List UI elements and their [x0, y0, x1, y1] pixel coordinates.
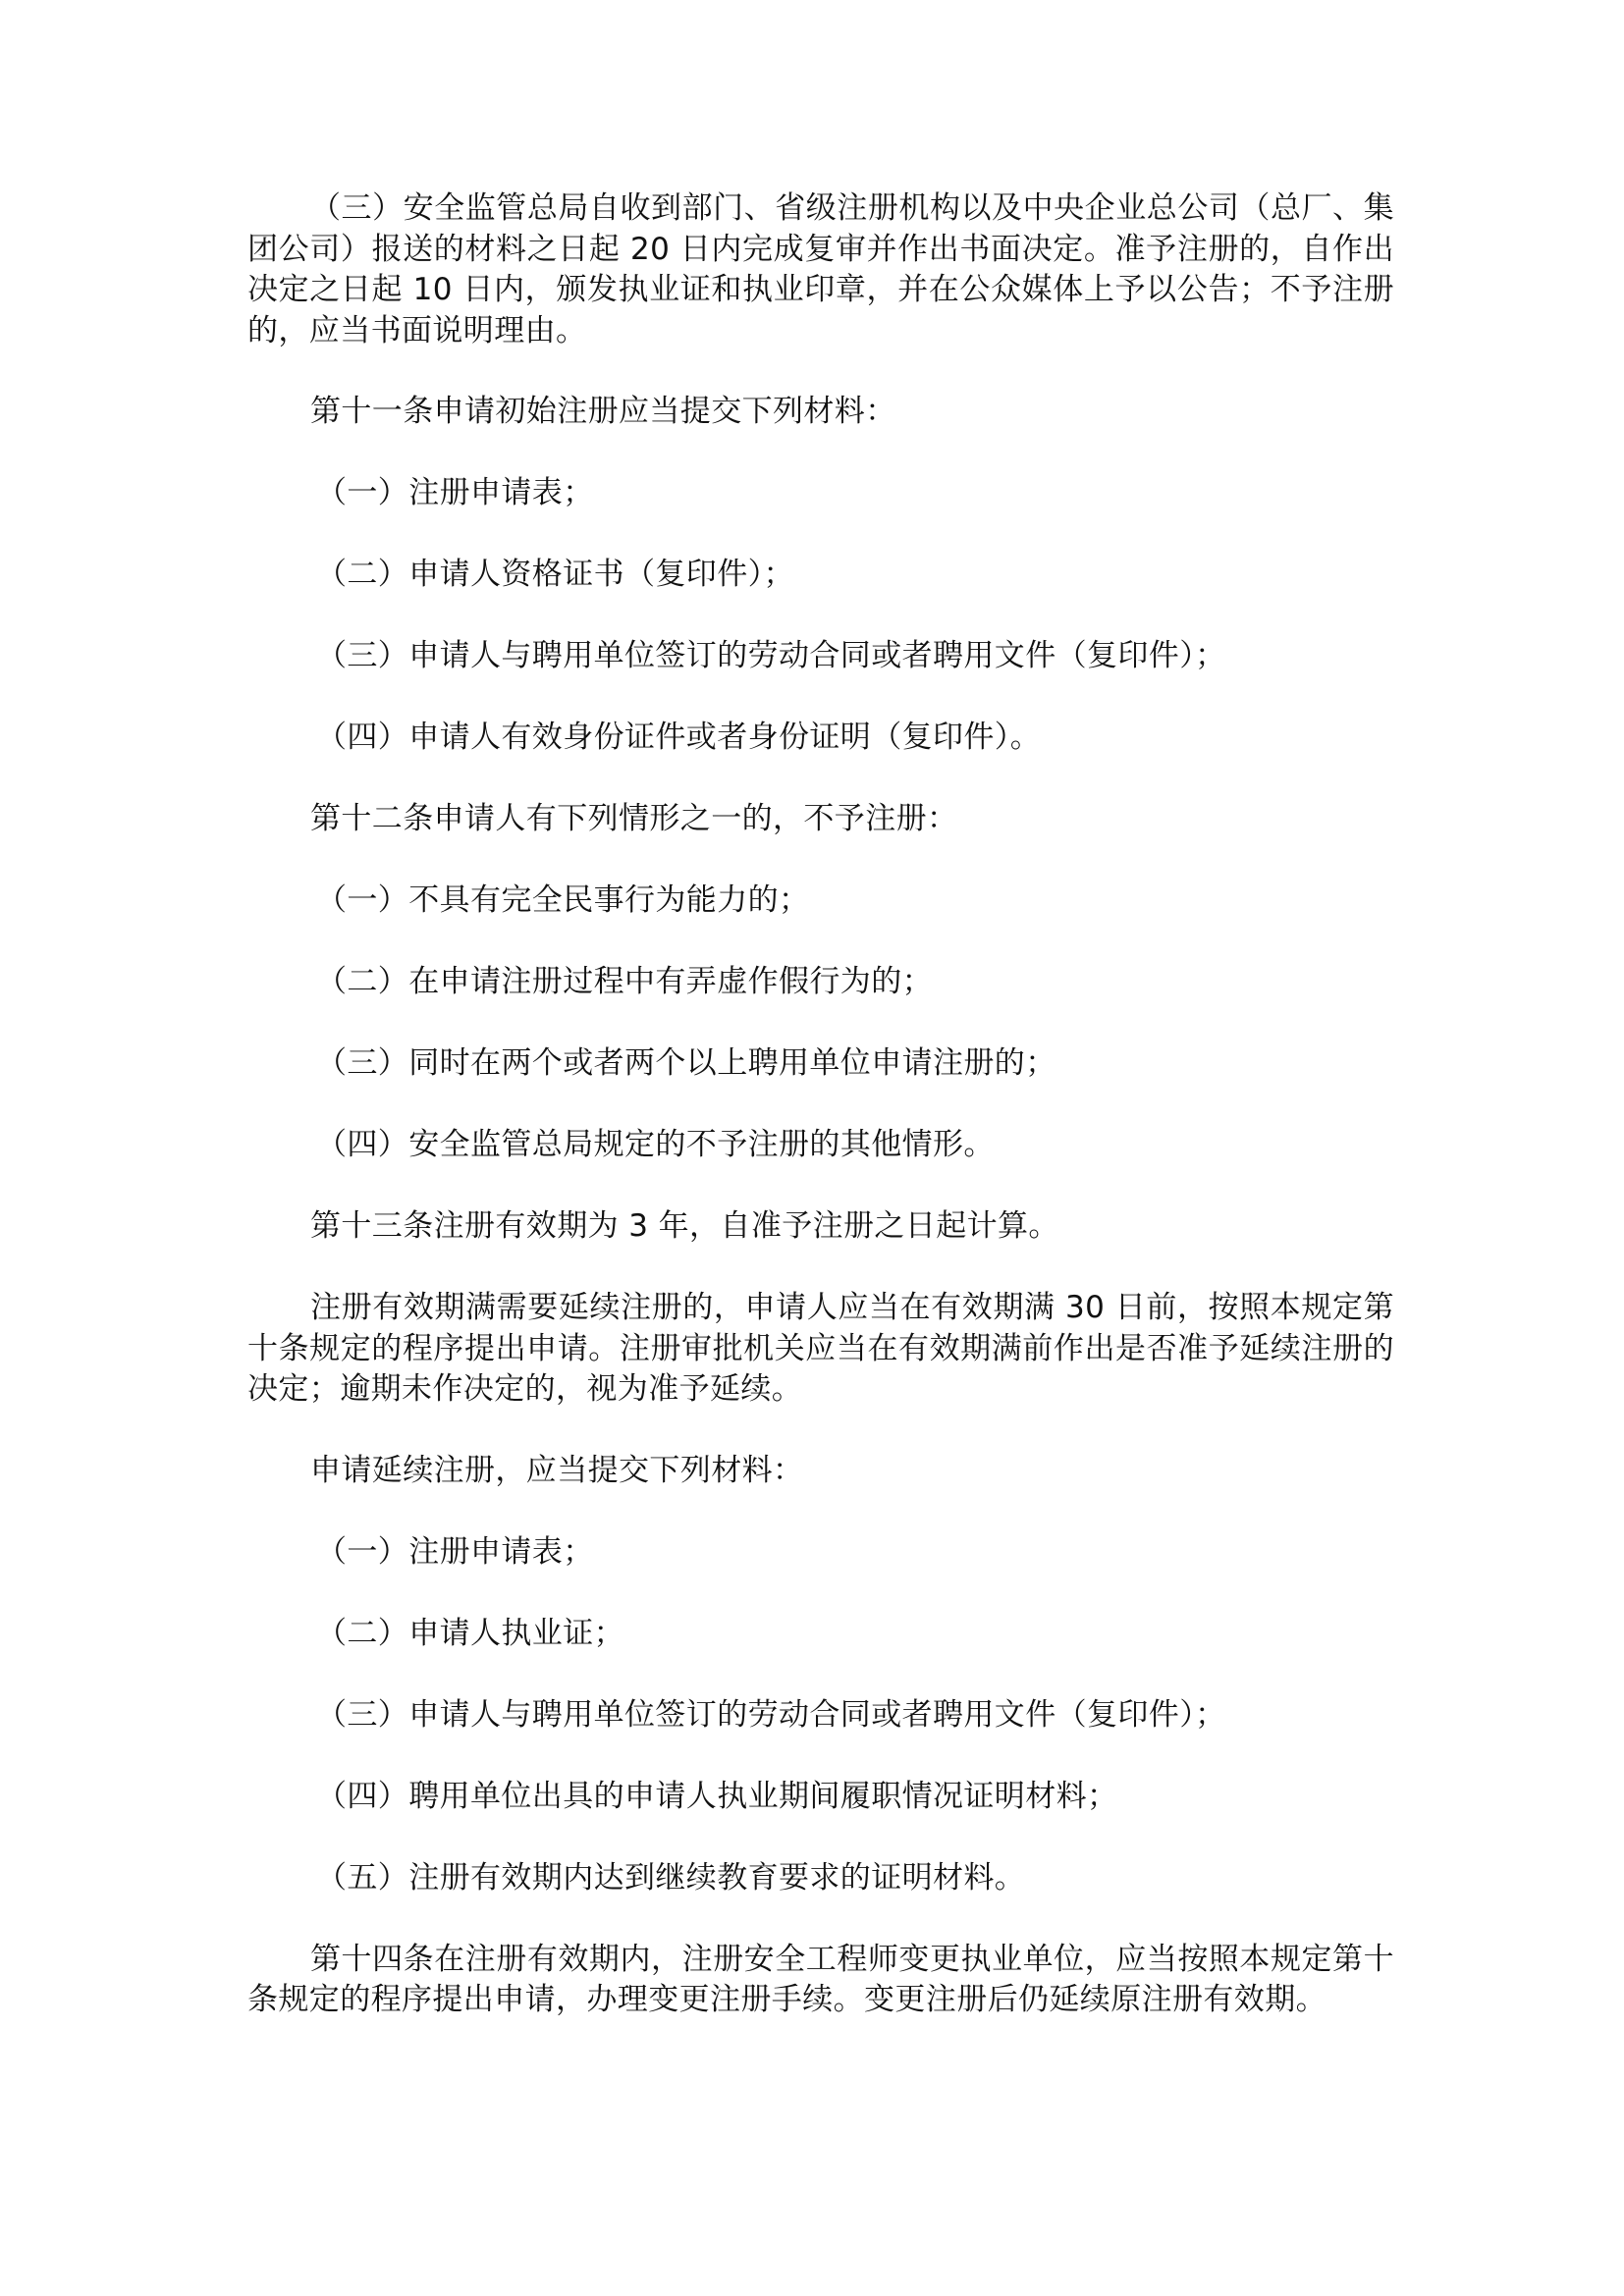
list-item: （一）注册申请表；	[247, 1532, 1394, 1574]
article-13-heading: 第十三条注册有效期为 3 年，自准予注册之日起计算。	[247, 1206, 1394, 1248]
list-item: （四）安全监管总局规定的不予注册的其他情形。	[247, 1125, 1394, 1166]
list-item: （二）在申请注册过程中有弄虚作假行为的；	[247, 962, 1394, 1003]
list-item: （四）聘用单位出具的申请人执业期间履职情况证明材料；	[247, 1777, 1394, 1818]
renewal-materials-heading: 申请延续注册，应当提交下列材料：	[247, 1451, 1394, 1492]
list-item: （五）注册有效期内达到继续教育要求的证明材料。	[247, 1858, 1394, 1899]
paragraph-review-decision: （三）安全监管总局自收到部门、省级注册机构以及中央企业总公司（总厂、集团公司）报…	[247, 188, 1394, 351]
list-item: （二）申请人执业证；	[247, 1614, 1394, 1655]
article-14-paragraph: 第十四条在注册有效期内，注册安全工程师变更执业单位，应当按照本规定第十条规定的程…	[247, 1940, 1394, 2021]
list-item: （一）不具有完全民事行为能力的；	[247, 881, 1394, 922]
article-12-heading: 第十二条申请人有下列情形之一的，不予注册：	[247, 799, 1394, 840]
list-item: （三）申请人与聘用单位签订的劳动合同或者聘用文件（复印件）；	[247, 1695, 1394, 1736]
list-item: （一）注册申请表；	[247, 473, 1394, 514]
list-item: （四）申请人有效身份证件或者身份证明（复印件）。	[247, 718, 1394, 759]
paragraph-renewal: 注册有效期满需要延续注册的，申请人应当在有效期满 30 日前，按照本规定第十条规…	[247, 1288, 1394, 1411]
list-item: （二）申请人资格证书（复印件）；	[247, 555, 1394, 596]
article-11-heading: 第十一条申请初始注册应当提交下列材料：	[247, 392, 1394, 433]
document-page: （三）安全监管总局自收到部门、省级注册机构以及中央企业总公司（总厂、集团公司）报…	[247, 188, 1394, 2061]
list-item: （三）申请人与聘用单位签订的劳动合同或者聘用文件（复印件）；	[247, 636, 1394, 677]
list-item: （三）同时在两个或者两个以上聘用单位申请注册的；	[247, 1043, 1394, 1085]
